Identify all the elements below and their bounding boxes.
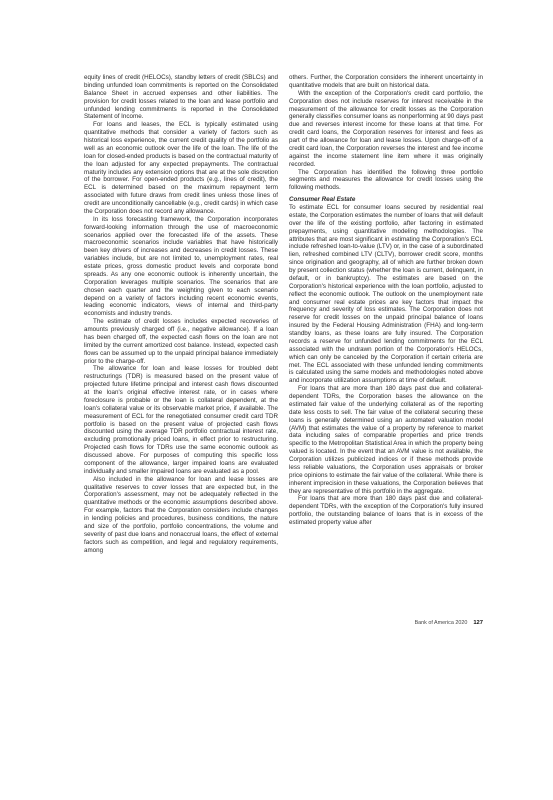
paragraph: For loans that are more than 180 days pa… <box>289 385 483 495</box>
paragraph: With the exception of the Corporation's … <box>289 90 483 169</box>
page-number: 127 <box>473 620 483 626</box>
paragraph: For loans and leases, the ECL is typical… <box>84 121 278 216</box>
publication-name: Bank of America 2020 <box>415 620 468 626</box>
left-column: equity lines of credit (HELOCs), standby… <box>84 74 278 554</box>
paragraph: The estimate of credit losses includes e… <box>84 318 278 365</box>
right-column: others. Further, the Corporation conside… <box>289 74 483 527</box>
paragraph: In its loss forecasting framework, the C… <box>84 216 278 318</box>
section-heading: Consumer Real Estate <box>289 196 483 204</box>
paragraph: To estimate ECL for consumer loans secur… <box>289 204 483 385</box>
paragraph: The allowance for loan and lease losses … <box>84 365 278 475</box>
paragraph: equity lines of credit (HELOCs), standby… <box>84 74 278 121</box>
page-footer: Bank of America 2020127 <box>415 620 483 626</box>
paragraph: The Corporation has identified the follo… <box>289 169 483 193</box>
paragraph: Also included in the allowance for loan … <box>84 476 278 555</box>
paragraph: For loans that are more than 180 days pa… <box>289 495 483 527</box>
paragraph: others. Further, the Corporation conside… <box>289 74 483 90</box>
